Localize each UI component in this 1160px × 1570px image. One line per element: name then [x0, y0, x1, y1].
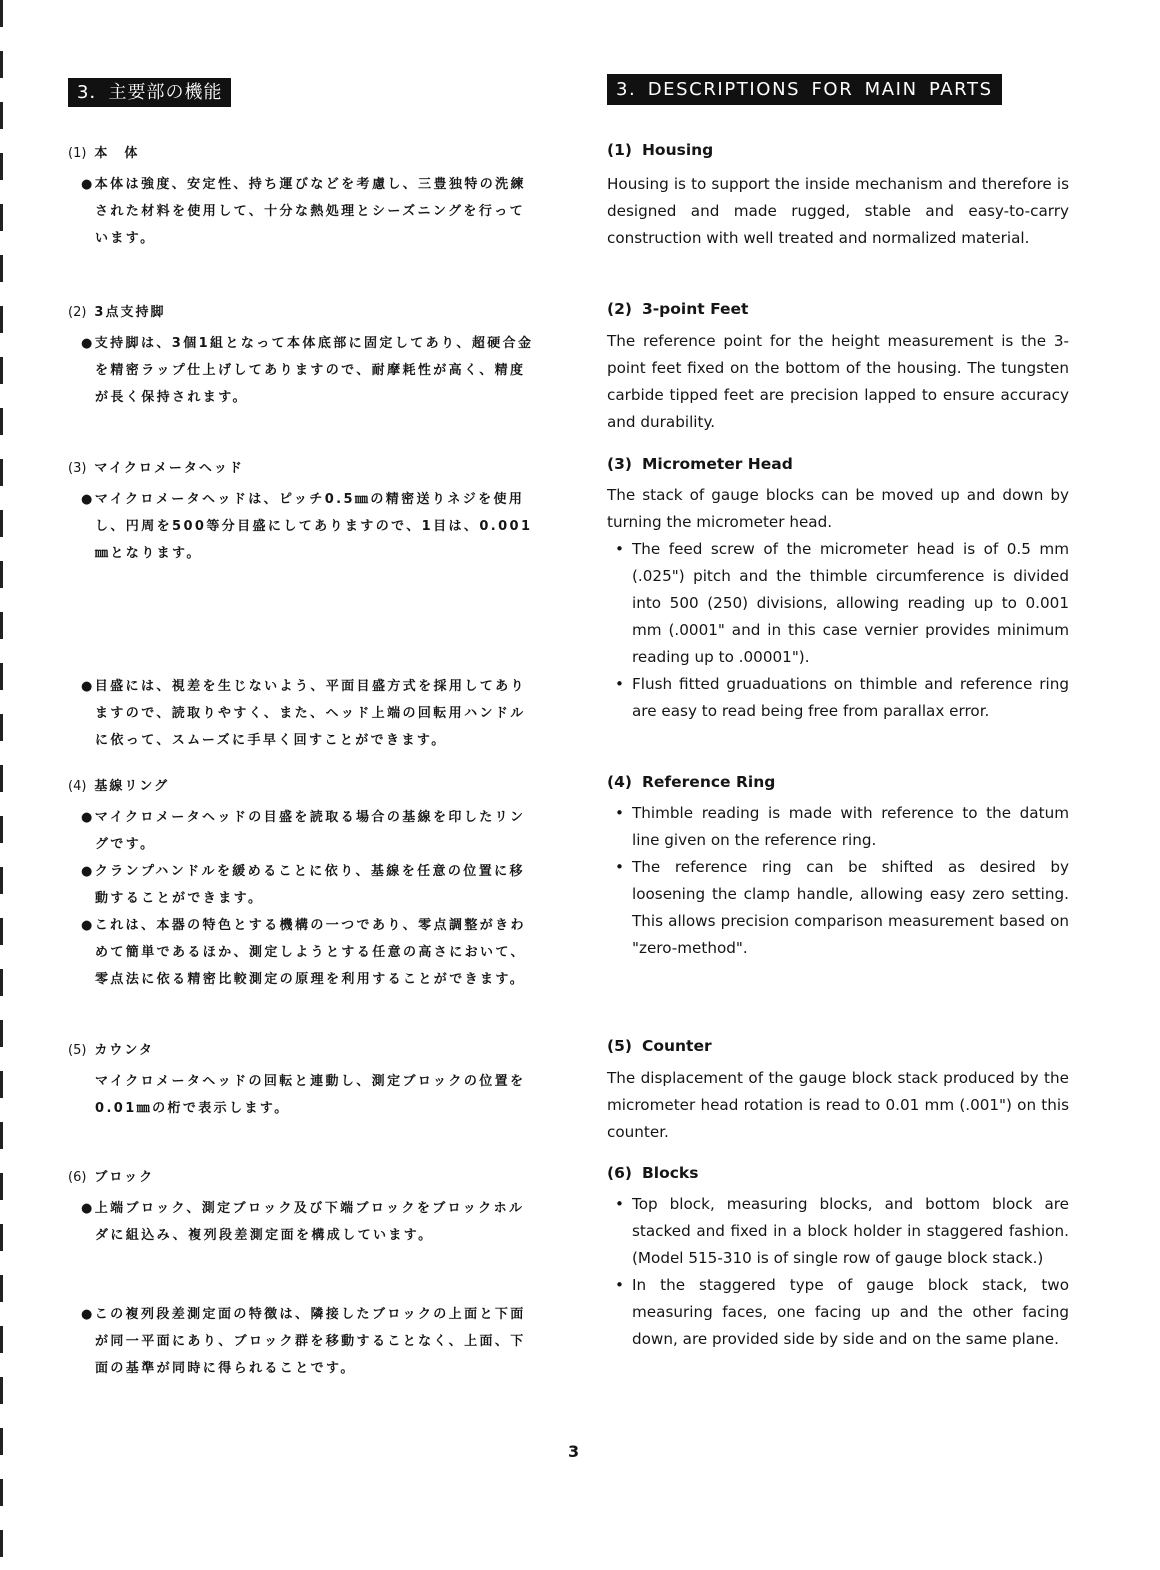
jp-section-title: (3)マイクロメータヘッド [68, 457, 538, 476]
jp-section-title: (1)本 体 [68, 142, 538, 161]
jp-section-housing: (1)本 体 ●本体は強度、安定性、持ち運びなどを考慮し、三豊独特の洗練された材… [68, 142, 538, 252]
jp-section-title: (5)カウンタ [68, 1039, 538, 1058]
en-bullet-item: Top block, measuring blocks, and bottom … [607, 1191, 1069, 1272]
en-paragraph: The reference point for the height measu… [607, 328, 1069, 436]
english-section-heading: 3. DESCRIPTIONS FOR MAIN PARTS [607, 74, 1002, 105]
en-bullet-list: The feed screw of the micrometer head is… [607, 536, 1069, 725]
jp-section-feet: (2)3点支持脚 ●支持脚は、3個1組となって本体底部に固定してあり、超硬合金を… [68, 301, 538, 411]
en-section-blocks: (6)Blocks Top block, measuring blocks, a… [607, 1164, 1069, 1353]
jp-section-reference-ring: (4)基線リング ●マイクロメータヘッドの目盛を読取る場合の基線を印したリングで… [68, 775, 538, 993]
en-section-title: (6)Blocks [607, 1164, 1069, 1182]
jp-paragraph: ●マイクロメータヘッドの目盛を読取る場合の基線を印したリングです。 [68, 804, 538, 858]
jp-paragraph: ●これは、本器の特色とする機構の一つであり、零点調整がきわめて簡単であるほか、測… [68, 912, 538, 993]
jp-section-title: (6)ブロック [68, 1166, 538, 1185]
jp-paragraph: マイクロメータヘッドの回転と連動し、測定ブロックの位置を0.01㎜の桁で表示しま… [68, 1068, 538, 1122]
en-bullet-item: In the staggered type of gauge block sta… [607, 1272, 1069, 1353]
jp-section-blocks: (6)ブロック ●上端ブロック、測定ブロック及び下端ブロックをブロックホルダに組… [68, 1166, 538, 1249]
en-bullet-item: Thimble reading is made with reference t… [607, 800, 1069, 854]
en-bullet-item: The feed screw of the micrometer head is… [607, 536, 1069, 671]
japanese-section-heading: 3．主要部の機能 [68, 78, 231, 107]
en-section-housing: (1)Housing Housing is to support the ins… [607, 141, 1069, 252]
jp-paragraph: ●支持脚は、3個1組となって本体底部に固定してあり、超硬合金を精密ラップ仕上げし… [68, 330, 538, 411]
jp-section-title: (2)3点支持脚 [68, 301, 538, 320]
en-bullet-list: Top block, measuring blocks, and bottom … [607, 1191, 1069, 1353]
en-section-title: (2)3-point Feet [607, 300, 1069, 318]
en-section-title: (1)Housing [607, 141, 1069, 159]
en-paragraph: The displacement of the gauge block stac… [607, 1065, 1069, 1146]
jp-paragraph: ●目盛には、視差を生じないよう、平面目盛方式を採用してありますので、読取りやすく… [68, 673, 538, 754]
jp-paragraph: ●クランプハンドルを緩めることに依り、基線を任意の位置に移動することができます。 [68, 858, 538, 912]
jp-paragraph: ●本体は強度、安定性、持ち運びなどを考慮し、三豊独特の洗練された材料を使用して、… [68, 171, 538, 252]
en-section-title: (5)Counter [607, 1037, 1069, 1055]
jp-section-title: (4)基線リング [68, 775, 538, 794]
scan-edge-marks [0, 0, 3, 1570]
en-section-counter: (5)Counter The displacement of the gauge… [607, 1037, 1069, 1146]
jp-section-counter: (5)カウンタ マイクロメータヘッドの回転と連動し、測定ブロックの位置を0.01… [68, 1039, 538, 1122]
en-paragraph: The stack of gauge blocks can be moved u… [607, 482, 1069, 536]
en-section-reference-ring: (4)Reference Ring Thimble reading is mad… [607, 773, 1069, 962]
page-number: 3 [568, 1442, 579, 1461]
jp-paragraph: ●上端ブロック、測定ブロック及び下端ブロックをブロックホルダに組込み、複列段差測… [68, 1195, 538, 1249]
en-bullet-item: The reference ring can be shifted as des… [607, 854, 1069, 962]
en-section-feet: (2)3-point Feet The reference point for … [607, 300, 1069, 436]
en-section-title: (3)Micrometer Head [607, 455, 1069, 473]
en-section-micrometer-head: (3)Micrometer Head The stack of gauge bl… [607, 455, 1069, 725]
en-bullet-item: Flush fitted gruaduations on thimble and… [607, 671, 1069, 725]
en-bullet-list: Thimble reading is made with reference t… [607, 800, 1069, 962]
en-paragraph: Housing is to support the inside mechani… [607, 171, 1069, 252]
jp-paragraph: ●マイクロメータヘッドは、ピッチ0.5㎜の精密送りネジを使用し、円周を500等分… [68, 486, 538, 567]
jp-paragraph: ●この複列段差測定面の特徴は、隣接したブロックの上面と下面が同一平面にあり、ブロ… [68, 1301, 538, 1382]
jp-section-micrometer-head: (3)マイクロメータヘッド ●マイクロメータヘッドは、ピッチ0.5㎜の精密送りネ… [68, 457, 538, 567]
en-section-title: (4)Reference Ring [607, 773, 1069, 791]
